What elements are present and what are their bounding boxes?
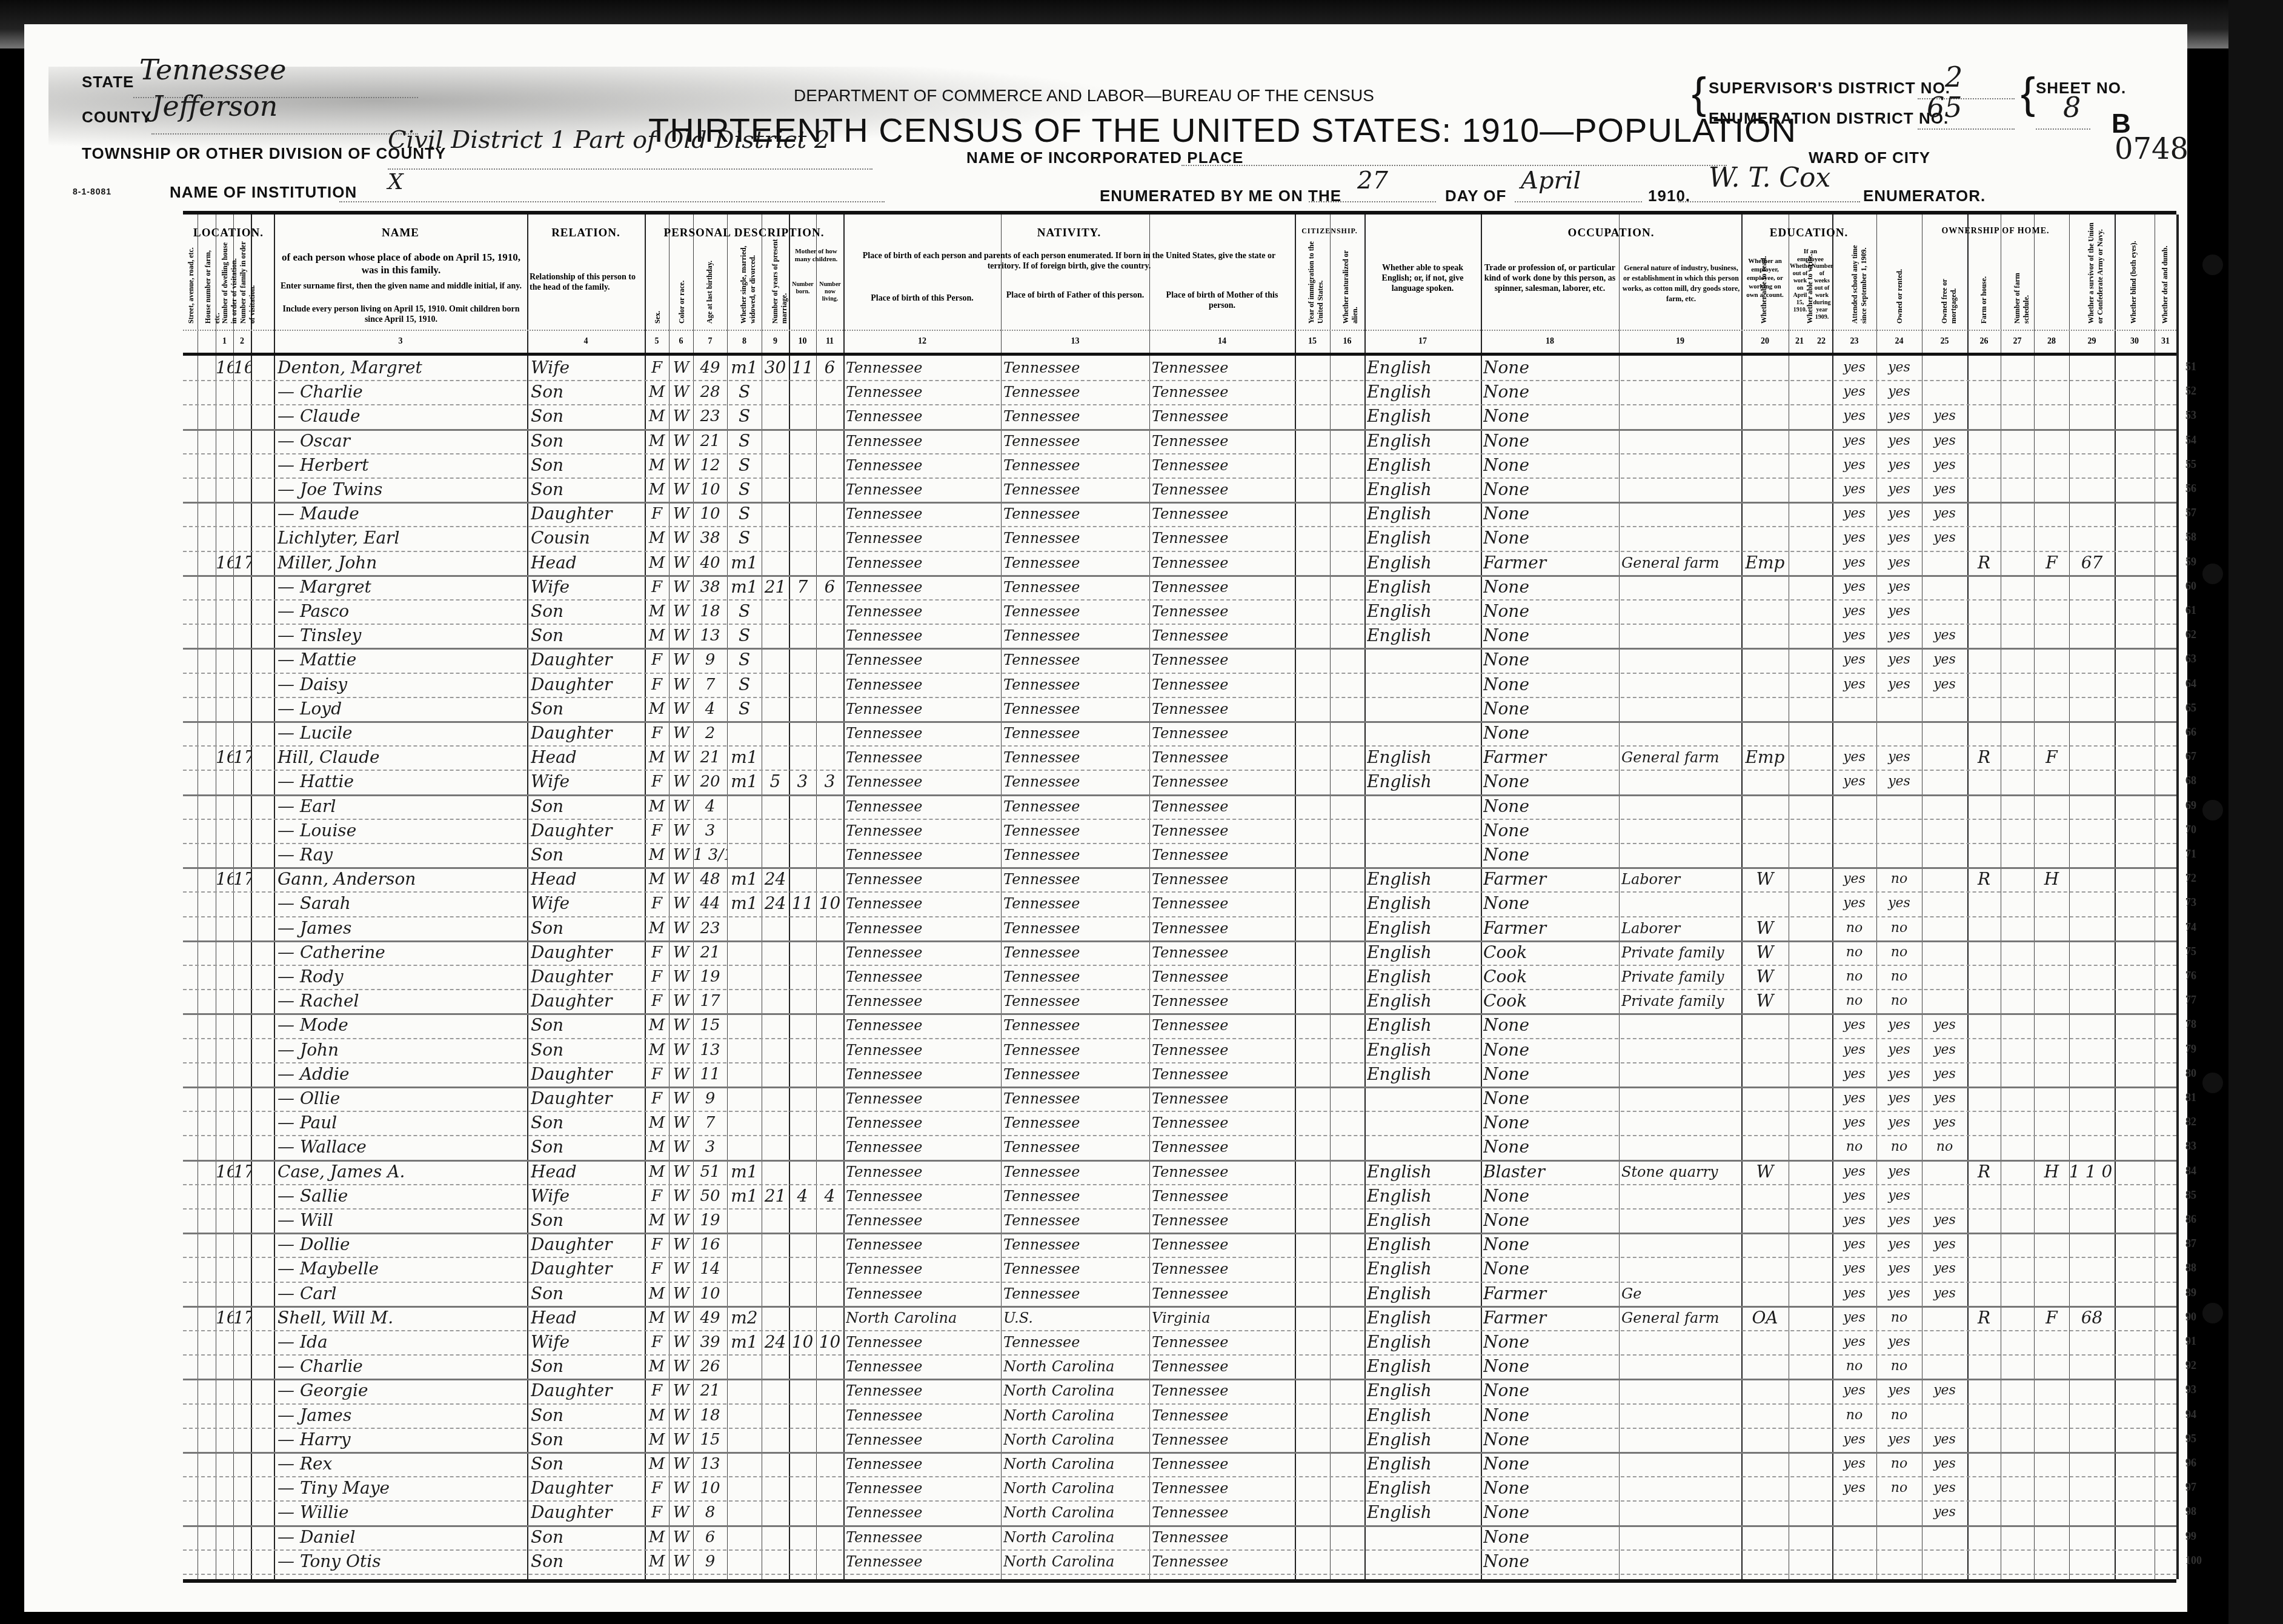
cell-industry	[1621, 404, 1740, 428]
cell-industry	[1621, 1013, 1740, 1037]
cell-born	[789, 551, 816, 575]
cell-trade: None	[1483, 1087, 1618, 1111]
cell-read: no	[1832, 1403, 1876, 1428]
cell-dwelling	[216, 1013, 233, 1037]
col-num-6: 6	[669, 337, 693, 347]
cell-write: yes	[1876, 551, 1922, 575]
cell-name: — Carl	[277, 1282, 526, 1306]
cell-family	[233, 575, 251, 599]
cell-sex: M	[645, 453, 669, 478]
cell-trade: None	[1483, 1354, 1618, 1379]
group-education: EDUCATION.	[1741, 227, 1876, 240]
cell-dwelling: 162	[216, 356, 233, 380]
cell-dwelling	[216, 940, 233, 965]
cell-race: W	[669, 891, 693, 916]
cell-relation: Son	[531, 1525, 643, 1549]
cell-schedule	[2069, 770, 2115, 794]
cell-birth: Tennessee	[846, 940, 1000, 965]
cell-read: yes	[1832, 599, 1876, 624]
cell-age: 21	[693, 429, 727, 453]
cell-read: yes	[1832, 624, 1876, 648]
cell-relation: Wife	[531, 1184, 643, 1208]
cell-marital: S	[727, 648, 762, 672]
cell-age: 9	[693, 1087, 727, 1111]
census-title: THIRTEENTH CENSUS OF THE UNITED STATES: …	[648, 110, 1796, 150]
col-num-20: 20	[1741, 337, 1789, 347]
cell-father: North Carolina	[1003, 1428, 1149, 1452]
line-number: 63	[2185, 653, 2196, 665]
cell-schedule	[2069, 745, 2115, 770]
cell-owned	[1967, 1184, 2001, 1208]
cell-read: yes	[1832, 575, 1876, 599]
cell-sex: F	[645, 1379, 669, 1403]
cell-father: Tennessee	[1003, 1282, 1149, 1306]
cell-industry	[1621, 526, 1740, 550]
cell-dwelling	[216, 1549, 233, 1574]
cell-owned	[1967, 1013, 2001, 1037]
school-header: Attended school any time since September…	[1850, 239, 1869, 324]
cell-sex: M	[645, 794, 669, 819]
cell-english: English	[1367, 916, 1480, 940]
cell-mother: Tennessee	[1152, 526, 1294, 550]
cell-employer	[1741, 526, 1789, 550]
cell-name: — Maude	[277, 502, 526, 526]
cell-school	[1922, 770, 1967, 794]
cell-born	[789, 478, 816, 502]
table-row: — DaisyDaughterFW7STennesseeTennesseeTen…	[183, 673, 2176, 698]
cell-name: — Tiny Maye	[277, 1476, 526, 1500]
cell-father: North Carolina	[1003, 1549, 1149, 1574]
cell-trade: None	[1483, 502, 1618, 526]
table-row: — OscarSonMW21STennesseeTennesseeTenness…	[183, 429, 2176, 454]
cell-industry	[1621, 1476, 1740, 1500]
cell-relation: Head	[531, 1160, 643, 1184]
cell-relation: Son	[531, 429, 643, 453]
incorporated-place-underline	[1181, 165, 1727, 166]
cell-race: W	[669, 404, 693, 428]
table-row: — CatherineDaughterFW21TennesseeTennesse…	[183, 940, 2176, 966]
table-row: — LoydSonMW4STennesseeTennesseeTennessee…	[183, 697, 2176, 723]
cell-marital: m1	[727, 867, 762, 891]
table-row: 166173Case, James A.HeadMW51m1TennesseeT…	[183, 1160, 2176, 1185]
cell-industry	[1621, 819, 1740, 843]
cell-race: W	[669, 1135, 693, 1159]
cell-years-married	[762, 1087, 789, 1111]
cell-father: Tennessee	[1003, 1111, 1149, 1135]
cell-employer	[1741, 1013, 1789, 1037]
cell-free	[2001, 1525, 2034, 1549]
cell-name: — James	[277, 916, 526, 940]
line-number: 76	[2185, 970, 2196, 982]
cell-name: — Claude	[277, 404, 526, 428]
cell-living	[816, 1476, 843, 1500]
cell-employer	[1741, 819, 1789, 843]
cell-industry: Laborer	[1621, 916, 1740, 940]
cell-schedule	[2069, 1184, 2115, 1208]
cell-dwelling	[216, 502, 233, 526]
cell-read: yes	[1832, 478, 1876, 502]
cell-age: 23	[693, 404, 727, 428]
table-row: — HerbertSonMW12STennesseeTennesseeTenne…	[183, 453, 2176, 479]
table-row: — CharlieSonMW26TennesseeNorth CarolinaT…	[183, 1354, 2176, 1380]
cell-birth: Tennessee	[846, 1062, 1000, 1087]
cell-farm: F	[2034, 1306, 2069, 1330]
cell-race: W	[669, 599, 693, 624]
cell-free	[2001, 478, 2034, 502]
line-number: 72	[2185, 872, 2196, 885]
cell-industry	[1621, 1257, 1740, 1281]
cell-trade: None	[1483, 1038, 1618, 1062]
line-number: 97	[2185, 1481, 2196, 1494]
cell-trade: Farmer	[1483, 551, 1618, 575]
cell-read: yes	[1832, 1184, 1876, 1208]
cell-relation: Son	[531, 599, 643, 624]
table-row: — DanielSonMW6TennesseeNorth CarolinaTen…	[183, 1525, 2176, 1551]
cell-race: W	[669, 526, 693, 550]
owned-free-header: Owned free or mortgaged.	[1940, 251, 1958, 324]
cell-father: Tennessee	[1003, 745, 1149, 770]
cell-sex: M	[645, 1013, 669, 1037]
cell-father: North Carolina	[1003, 1379, 1149, 1403]
cell-born	[789, 1500, 816, 1525]
cell-industry	[1621, 1354, 1740, 1379]
cell-employer	[1741, 891, 1789, 916]
cell-read: yes	[1832, 429, 1876, 453]
cell-name: Case, James A.	[277, 1160, 526, 1184]
cell-relation: Daughter	[531, 502, 643, 526]
cell-dwelling	[216, 843, 233, 867]
line-number: 73	[2185, 896, 2196, 909]
cell-father: Tennessee	[1003, 673, 1149, 697]
cell-school: yes	[1922, 1062, 1967, 1087]
cell-dwelling	[216, 1403, 233, 1428]
cell-years-married	[762, 1257, 789, 1281]
cell-free	[2001, 575, 2034, 599]
cell-english: English	[1367, 1062, 1480, 1087]
cell-race: W	[669, 1257, 693, 1281]
table-row: 164171Hill, ClaudeHeadMW21m1TennesseeTen…	[183, 745, 2176, 771]
cell-write	[1876, 697, 1922, 721]
cell-birth: Tennessee	[846, 989, 1000, 1013]
cell-school	[1922, 989, 1967, 1013]
cell-industry	[1621, 1038, 1740, 1062]
cell-father: Tennessee	[1003, 1330, 1149, 1354]
cell-write: no	[1876, 940, 1922, 965]
cell-school: yes	[1922, 648, 1967, 672]
cell-birth: Tennessee	[846, 1330, 1000, 1354]
cell-years-married	[762, 478, 789, 502]
line-number: 74	[2185, 921, 2196, 934]
cell-english: English	[1367, 1208, 1480, 1233]
cell-relation: Cousin	[531, 526, 643, 550]
cell-sex: M	[645, 1111, 669, 1135]
table-row: — PaulSonMW7TennesseeTennesseeTennesseeN…	[183, 1111, 2176, 1136]
line-number: 87	[2185, 1237, 2196, 1250]
cell-race: W	[669, 1013, 693, 1037]
cell-race: W	[669, 721, 693, 745]
cell-living: 4	[816, 1184, 843, 1208]
table-row: — MargretWifeFW38m12176TennesseeTennesse…	[183, 575, 2176, 601]
cell-schedule	[2069, 526, 2115, 550]
cell-age: 15	[693, 1013, 727, 1037]
sex-header: Sex.	[653, 251, 662, 324]
cell-race: W	[669, 1525, 693, 1549]
cell-living	[816, 819, 843, 843]
cell-father: Tennessee	[1003, 1208, 1149, 1233]
cell-school	[1922, 599, 1967, 624]
cell-owned	[1967, 429, 2001, 453]
cell-write: yes	[1876, 478, 1922, 502]
cell-birth: Tennessee	[846, 1233, 1000, 1257]
cell-years-married: 21	[762, 1184, 789, 1208]
cell-trade: None	[1483, 843, 1618, 867]
cell-write: yes	[1876, 599, 1922, 624]
cell-employer: W	[1741, 916, 1789, 940]
cell-employer	[1741, 599, 1789, 624]
cell-sex: F	[645, 1500, 669, 1525]
cell-schedule	[2069, 1087, 2115, 1111]
cell-living	[816, 453, 843, 478]
col-num-23: 23	[1832, 337, 1876, 347]
cell-free	[2001, 1452, 2034, 1476]
cell-age: 9	[693, 1549, 727, 1574]
cell-relation: Daughter	[531, 965, 643, 989]
cell-father: Tennessee	[1003, 965, 1149, 989]
line-number: 75	[2185, 945, 2196, 958]
cell-trade: None	[1483, 794, 1618, 819]
cell-farm	[2034, 843, 2069, 867]
line-number: 68	[2185, 774, 2196, 787]
table-row: — JohnSonMW13TennesseeTennesseeTennessee…	[183, 1038, 2176, 1063]
cell-dwelling	[216, 1087, 233, 1111]
year-immigration-header: Year of immigration to the United States…	[1307, 239, 1325, 324]
cell-living	[816, 1452, 843, 1476]
cell-write: yes	[1876, 1330, 1922, 1354]
cell-trade: None	[1483, 1111, 1618, 1135]
supervisor-district-value: 2	[1945, 61, 1962, 93]
cell-dwelling	[216, 1525, 233, 1549]
cell-free	[2001, 867, 2034, 891]
cell-born	[789, 624, 816, 648]
cell-industry: Private family	[1621, 965, 1740, 989]
cell-owned	[1967, 599, 2001, 624]
cell-name: — Sallie	[277, 1184, 526, 1208]
cell-sex: F	[645, 1476, 669, 1500]
cell-name: — Ida	[277, 1330, 526, 1354]
cell-owned	[1967, 965, 2001, 989]
cell-mother: Tennessee	[1152, 1452, 1294, 1476]
cell-name: — Maybelle	[277, 1257, 526, 1281]
cell-family	[233, 843, 251, 867]
cell-employer	[1741, 502, 1789, 526]
group-personal: PERSONAL DESCRIPTION.	[645, 227, 843, 240]
cell-read: yes	[1832, 745, 1876, 770]
cell-family	[233, 599, 251, 624]
cell-family	[233, 1379, 251, 1403]
cell-family	[233, 380, 251, 404]
cell-employer	[1741, 1379, 1789, 1403]
line-number: 85	[2185, 1189, 2196, 1202]
cell-sex: M	[645, 1525, 669, 1549]
cell-trade: None	[1483, 575, 1618, 599]
cell-relation: Wife	[531, 1330, 643, 1354]
cell-write: yes	[1876, 356, 1922, 380]
cell-trade: None	[1483, 526, 1618, 550]
cell-birth: Tennessee	[846, 843, 1000, 867]
sheet-label: SHEET NO.	[2036, 79, 2126, 98]
marital-header: Whether single, married, widowed, or div…	[739, 239, 757, 324]
cell-free	[2001, 1233, 2034, 1257]
line-number: 66	[2185, 726, 2196, 739]
cell-school	[1922, 794, 1967, 819]
cell-father: Tennessee	[1003, 1135, 1149, 1159]
cell-school	[1922, 1549, 1967, 1574]
cell-employer	[1741, 1403, 1789, 1428]
cell-owned	[1967, 1549, 2001, 1574]
cell-free	[2001, 770, 2034, 794]
cell-owned	[1967, 1282, 2001, 1306]
cell-age: 21	[693, 1379, 727, 1403]
institution-label: NAME OF INSTITUTION	[170, 183, 357, 202]
cell-relation: Daughter	[531, 1062, 643, 1087]
cell-english: English	[1367, 453, 1480, 478]
cell-born: 11	[789, 356, 816, 380]
cell-farm	[2034, 1038, 2069, 1062]
cell-employer	[1741, 770, 1789, 794]
cell-schedule	[2069, 916, 2115, 940]
cell-free	[2001, 599, 2034, 624]
cell-owned	[1967, 1111, 2001, 1135]
cell-farm	[2034, 502, 2069, 526]
cell-born	[789, 526, 816, 550]
cell-relation: Wife	[531, 891, 643, 916]
cell-dwelling	[216, 721, 233, 745]
cell-age: 6	[693, 1525, 727, 1549]
cell-race: W	[669, 1233, 693, 1257]
cell-farm	[2034, 1403, 2069, 1428]
cell-dwelling	[216, 1500, 233, 1525]
cell-marital	[727, 721, 762, 745]
table-row: — SarahWifeFW44m1241110TennesseeTennesse…	[183, 891, 2176, 917]
cell-trade: None	[1483, 697, 1618, 721]
cell-name: — Pasco	[277, 599, 526, 624]
cell-father: North Carolina	[1003, 1525, 1149, 1549]
cell-name: — Willie	[277, 1500, 526, 1525]
cell-birth: Tennessee	[846, 648, 1000, 672]
cell-sex: F	[645, 1330, 669, 1354]
table-row: — JamesSonMW23TennesseeTennesseeTennesse…	[183, 916, 2176, 942]
farm-schedule-header: Number of farm schedule.	[2013, 251, 2031, 324]
cell-race: W	[669, 673, 693, 697]
cell-free	[2001, 551, 2034, 575]
cell-dwelling	[216, 429, 233, 453]
cell-farm	[2034, 478, 2069, 502]
cell-owned	[1967, 478, 2001, 502]
cell-owned	[1967, 1233, 2001, 1257]
cell-school: yes	[1922, 1428, 1967, 1452]
cell-mother: Tennessee	[1152, 989, 1294, 1013]
cell-dwelling	[216, 891, 233, 916]
cell-born	[789, 721, 816, 745]
cell-industry	[1621, 1330, 1740, 1354]
cell-schedule	[2069, 478, 2115, 502]
cell-living	[816, 502, 843, 526]
cell-farm	[2034, 648, 2069, 672]
cell-marital	[727, 1379, 762, 1403]
cell-schedule: 67	[2069, 551, 2115, 575]
cell-trade: Cook	[1483, 940, 1618, 965]
cell-family: 172	[233, 867, 251, 891]
cell-living	[816, 843, 843, 867]
cell-race: W	[669, 380, 693, 404]
cell-industry: General farm	[1621, 1306, 1740, 1330]
cell-name: — Hattie	[277, 770, 526, 794]
cell-birth: Tennessee	[846, 1184, 1000, 1208]
cell-marital: m1	[727, 745, 762, 770]
line-number: 81	[2185, 1091, 2196, 1104]
cell-years-married	[762, 1111, 789, 1135]
cell-write: no	[1876, 1476, 1922, 1500]
table-row: — LouiseDaughterFW3TennesseeTennesseeTen…	[183, 819, 2176, 844]
cell-relation: Head	[531, 745, 643, 770]
cell-english: English	[1367, 551, 1480, 575]
cell-employer	[1741, 478, 1789, 502]
cell-family	[233, 453, 251, 478]
cell-mother: Tennessee	[1152, 356, 1294, 380]
cell-industry	[1621, 1428, 1740, 1452]
cell-race: W	[669, 867, 693, 891]
cell-trade: Farmer	[1483, 1306, 1618, 1330]
cell-father: Tennessee	[1003, 429, 1149, 453]
cell-write: yes	[1876, 1379, 1922, 1403]
cell-industry	[1621, 1208, 1740, 1233]
cell-farm	[2034, 1549, 2069, 1574]
cell-age: 4	[693, 794, 727, 819]
cell-living	[816, 1087, 843, 1111]
cell-race: W	[669, 1062, 693, 1087]
cell-mother: Tennessee	[1152, 1208, 1294, 1233]
cell-dwelling	[216, 1330, 233, 1354]
cell-birth: Tennessee	[846, 916, 1000, 940]
cell-school: yes	[1922, 502, 1967, 526]
cell-write: yes	[1876, 1087, 1922, 1111]
line-number: 71	[2185, 848, 2196, 860]
cell-years-married	[762, 1282, 789, 1306]
table-row: — JamesSonMW18TennesseeNorth CarolinaTen…	[183, 1403, 2176, 1429]
col-num-22: 22	[1810, 337, 1832, 347]
name-description: of each person whose place of abode on A…	[280, 251, 522, 276]
cell-school: yes	[1922, 453, 1967, 478]
cell-sex: F	[645, 770, 669, 794]
cell-dwelling	[216, 989, 233, 1013]
punch-hole	[2202, 564, 2223, 584]
cell-relation: Head	[531, 551, 643, 575]
cell-farm	[2034, 380, 2069, 404]
cell-name: — Daniel	[277, 1525, 526, 1549]
cell-owned	[1967, 989, 2001, 1013]
cell-born	[789, 1306, 816, 1330]
cell-race: W	[669, 1500, 693, 1525]
cell-farm	[2034, 1013, 2069, 1037]
cell-farm	[2034, 1184, 2069, 1208]
cell-family	[233, 1452, 251, 1476]
cell-family	[233, 1403, 251, 1428]
cell-free	[2001, 1428, 2034, 1452]
cell-name: Hill, Claude	[277, 745, 526, 770]
cell-owned	[1967, 697, 2001, 721]
cell-employer	[1741, 1330, 1789, 1354]
cell-write: yes	[1876, 502, 1922, 526]
